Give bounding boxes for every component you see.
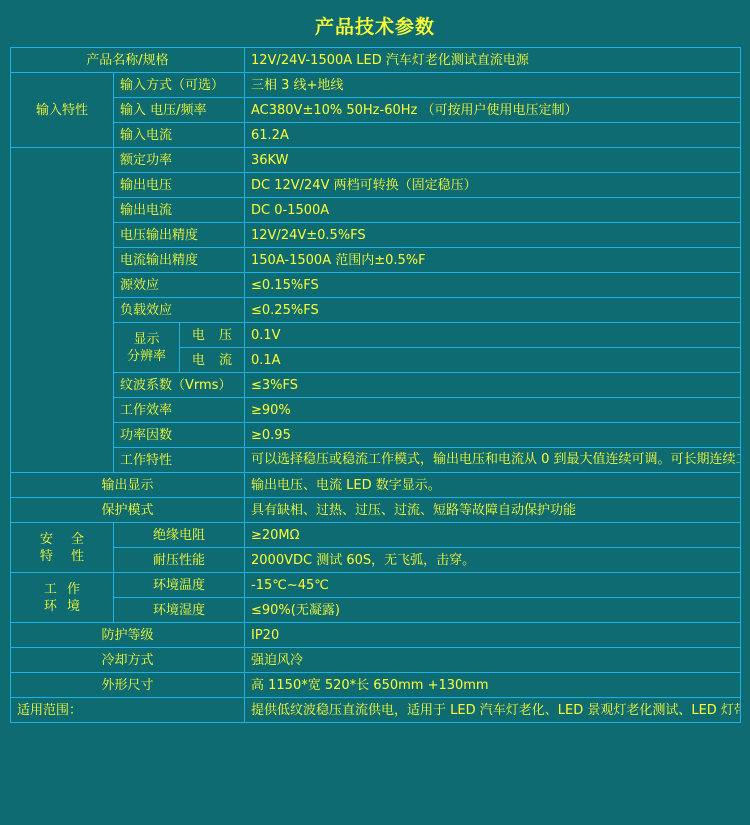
group-label-environment-line1: 工 作: [17, 581, 107, 598]
row-value: 提供低纹波稳压直流供电，适用于 LED 汽车灯老化、LED 景观灯老化测试、LE…: [245, 698, 741, 723]
row-value: 36KW: [245, 148, 741, 173]
spec-table: 产品名称/规格 12V/24V-1500A LED 汽车灯老化测试直流电源 输入…: [10, 47, 741, 723]
row-value: 强迫风冷: [245, 648, 741, 673]
row-value: ≥0.95: [245, 423, 741, 448]
row-value: 高 1150*宽 520*长 650mm +130mm: [245, 673, 741, 698]
row-value: -15℃~45℃: [245, 573, 741, 598]
row-value: ≤0.15%FS: [245, 273, 741, 298]
table-row: 输出电流 DC 0-1500A: [11, 198, 741, 223]
row-value: 2000VDC 测试 60S，无飞弧，击穿。: [245, 548, 741, 573]
row-label: 电 压: [180, 323, 245, 348]
row-value: 0.1A: [245, 348, 741, 373]
row-value: 61.2A: [245, 123, 741, 148]
row-value: AC380V±10% 50Hz-60Hz （可按用户使用电压定制）: [245, 98, 741, 123]
row-value: 三相 3 线+地线: [245, 73, 741, 98]
row-label: 工作特性: [114, 448, 245, 473]
group-label-safety-line1: 安 全: [17, 531, 107, 548]
group-label-safety-line2: 特 性: [17, 548, 107, 565]
table-row: 源效应 ≤0.15%FS: [11, 273, 741, 298]
table-row: 额定功率 36KW: [11, 148, 741, 173]
row-label: 外形尺寸: [11, 673, 245, 698]
row-value: 0.1V: [245, 323, 741, 348]
table-row: 功率因数 ≥0.95: [11, 423, 741, 448]
group-label-environment: 工 作 环 境: [11, 573, 114, 623]
row-label: 额定功率: [114, 148, 245, 173]
row-label: 耐压性能: [114, 548, 245, 573]
row-label: 输出电流: [114, 198, 245, 223]
table-row: 冷却方式 强迫风冷: [11, 648, 741, 673]
row-value: DC 12V/24V 两档可转换（固定稳压）: [245, 173, 741, 198]
table-row: 产品名称/规格 12V/24V-1500A LED 汽车灯老化测试直流电源: [11, 48, 741, 73]
table-row: 外形尺寸 高 1150*宽 520*长 650mm +130mm: [11, 673, 741, 698]
row-label: 输出显示: [11, 473, 245, 498]
row-label: 产品名称/规格: [11, 48, 245, 73]
table-row: 输入电流 61.2A: [11, 123, 741, 148]
row-label: 输入 电压/频率: [114, 98, 245, 123]
group-label-input: 输入特性: [11, 73, 114, 148]
display-resolution-label-line2: 分辨率: [120, 348, 173, 365]
display-resolution-label: 显示 分辨率: [114, 323, 180, 373]
row-label: 电 流: [180, 348, 245, 373]
display-resolution-label-line1: 显示: [120, 331, 173, 348]
row-label: 负载效应: [114, 298, 245, 323]
row-value: 150A-1500A 范围内±0.5%F: [245, 248, 741, 273]
row-value: IP20: [245, 623, 741, 648]
table-row: 纹波系数（Vrms） ≤3%FS: [11, 373, 741, 398]
row-value: 12V/24V-1500A LED 汽车灯老化测试直流电源: [245, 48, 741, 73]
table-row: 输出显示 输出电压、电流 LED 数字显示。: [11, 473, 741, 498]
row-label: 纹波系数（Vrms）: [114, 373, 245, 398]
page-title: 产品技术参数: [0, 12, 750, 39]
row-label: 电压输出精度: [114, 223, 245, 248]
table-row: 安 全 特 性 绝缘电阻 ≥20MΩ: [11, 523, 741, 548]
group-label-environment-line2: 环 境: [17, 598, 107, 615]
row-label: 源效应: [114, 273, 245, 298]
table-row: 电压输出精度 12V/24V±0.5%FS: [11, 223, 741, 248]
table-row: 环境湿度 ≤90%(无凝露): [11, 598, 741, 623]
table-row: 工 作 环 境 环境温度 -15℃~45℃: [11, 573, 741, 598]
table-row: 防护等级 IP20: [11, 623, 741, 648]
group-label-output: [11, 148, 114, 473]
row-label: 工作效率: [114, 398, 245, 423]
row-value: ≤3%FS: [245, 373, 741, 398]
row-label: 冷却方式: [11, 648, 245, 673]
table-row: 电流输出精度 150A-1500A 范围内±0.5%F: [11, 248, 741, 273]
row-value: ≤90%(无凝露): [245, 598, 741, 623]
table-row: 显示 分辨率 电 压 0.1V: [11, 323, 741, 348]
row-label: 绝缘电阻: [114, 523, 245, 548]
table-row: 耐压性能 2000VDC 测试 60S，无飞弧，击穿。: [11, 548, 741, 573]
table-row: 工作特性 可以选择稳压或稳流工作模式，输出电压和电流从 0 到最大值连续可调。可…: [11, 448, 741, 473]
row-value: ≤0.25%FS: [245, 298, 741, 323]
table-row: 负载效应 ≤0.25%FS: [11, 298, 741, 323]
row-value: 可以选择稳压或稳流工作模式，输出电压和电流从 0 到最大值连续可调。可长期连续工…: [245, 448, 741, 473]
row-label: 电流输出精度: [114, 248, 245, 273]
table-row: 输入 电压/频率 AC380V±10% 50Hz-60Hz （可按用户使用电压定…: [11, 98, 741, 123]
row-value: ≥90%: [245, 398, 741, 423]
row-label: 防护等级: [11, 623, 245, 648]
table-row: 适用范围： 提供低纹波稳压直流供电，适用于 LED 汽车灯老化、LED 景观灯老…: [11, 698, 741, 723]
row-label: 保护模式: [11, 498, 245, 523]
table-row: 输出电压 DC 12V/24V 两档可转换（固定稳压）: [11, 173, 741, 198]
row-label: 输入电流: [114, 123, 245, 148]
row-label: 输出电压: [114, 173, 245, 198]
row-label: 功率因数: [114, 423, 245, 448]
row-value: 具有缺相、过热、过压、过流、短路等故障自动保护功能: [245, 498, 741, 523]
table-row: 保护模式 具有缺相、过热、过压、过流、短路等故障自动保护功能: [11, 498, 741, 523]
row-label: 输入方式（可选）: [114, 73, 245, 98]
row-value: 12V/24V±0.5%FS: [245, 223, 741, 248]
table-row: 工作效率 ≥90%: [11, 398, 741, 423]
row-value: 输出电压、电流 LED 数字显示。: [245, 473, 741, 498]
row-value: DC 0-1500A: [245, 198, 741, 223]
row-label: 环境湿度: [114, 598, 245, 623]
row-value: ≥20MΩ: [245, 523, 741, 548]
row-label: 环境温度: [114, 573, 245, 598]
row-label: 适用范围：: [11, 698, 245, 723]
table-row: 输入特性 输入方式（可选） 三相 3 线+地线: [11, 73, 741, 98]
group-label-safety: 安 全 特 性: [11, 523, 114, 573]
